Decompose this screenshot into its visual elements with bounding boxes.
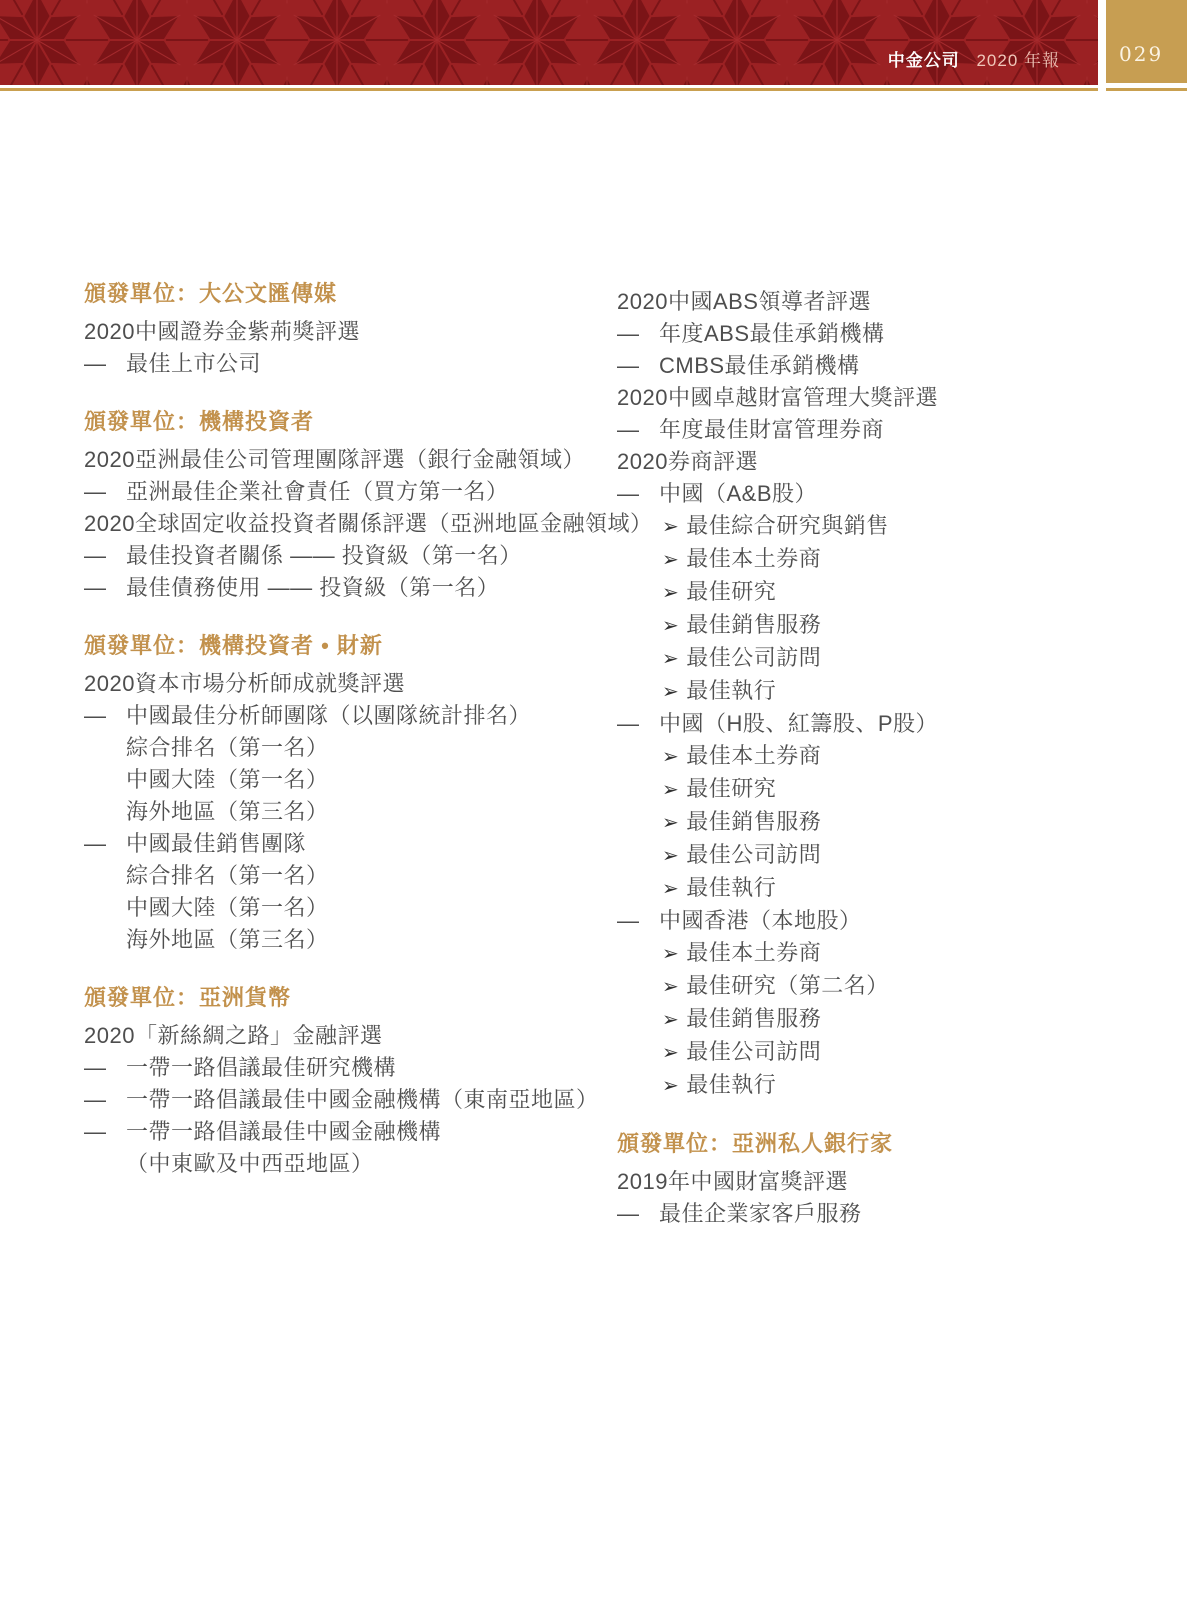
arrow-bullet-icon: ➢ bbox=[662, 615, 679, 637]
award-line-plain: 2020資本市場分析師成就獎評選 bbox=[84, 668, 564, 700]
award-line-arrow: ➢最佳銷售服務 bbox=[617, 806, 1137, 839]
dash-marker: — bbox=[617, 318, 659, 350]
left-column: 頒發單位：大公文匯傳媒2020中國證券金紫荊獎評選—最佳上市公司頒發單位：機構投… bbox=[84, 278, 564, 1180]
award-line-plain: 2020中國卓越財富管理大獎評選 bbox=[617, 382, 1137, 414]
arrow-bullet-icon: ➢ bbox=[662, 1009, 679, 1031]
award-line-arrow: ➢最佳研究 bbox=[617, 576, 1137, 609]
award-line-arrow: ➢最佳本土券商 bbox=[617, 740, 1137, 773]
award-line-sub: 海外地區（第三名） bbox=[84, 924, 564, 956]
award-line-arrow: ➢最佳研究（第二名） bbox=[617, 970, 1137, 1003]
award-line-dash: —年度ABS最佳承銷機構 bbox=[617, 318, 1137, 350]
gold-rule-right bbox=[1106, 88, 1187, 91]
award-text: 最佳本土券商 bbox=[686, 743, 821, 768]
asanoha-pattern-graphic bbox=[0, 0, 1098, 85]
award-line-arrow: ➢最佳公司訪問 bbox=[617, 839, 1137, 872]
dash-marker: — bbox=[617, 414, 659, 446]
award-line-arrow: ➢最佳公司訪問 bbox=[617, 1036, 1137, 1069]
award-line-sub: 綜合排名（第一名） bbox=[84, 732, 564, 764]
gold-rule-left bbox=[0, 88, 1098, 91]
award-text: 最佳研究（第二名） bbox=[686, 973, 889, 998]
arrow-bullet-icon: ➢ bbox=[662, 1042, 679, 1064]
dash-marker: — bbox=[617, 478, 659, 510]
dash-marker: — bbox=[617, 708, 659, 740]
award-line-dash: —一帶一路倡議最佳研究機構 bbox=[84, 1052, 564, 1084]
page-number-box: 029 bbox=[1106, 0, 1187, 83]
dash-marker: — bbox=[84, 348, 126, 380]
award-text: 最佳銷售服務 bbox=[686, 1006, 821, 1031]
arrow-bullet-icon: ➢ bbox=[662, 976, 679, 998]
award-line-dash: —最佳上市公司 bbox=[84, 348, 564, 380]
award-text: 一帶一路倡議最佳中國金融機構（東南亞地區） bbox=[126, 1084, 599, 1116]
award-section: 頒發單位：大公文匯傳媒2020中國證券金紫荊獎評選—最佳上市公司 bbox=[84, 278, 564, 380]
award-text: 最佳上市公司 bbox=[126, 348, 261, 380]
award-text: 一帶一路倡議最佳中國金融機構 bbox=[126, 1116, 441, 1148]
award-text: 最佳研究 bbox=[686, 776, 776, 801]
award-text: 最佳綜合研究與銷售 bbox=[686, 513, 889, 538]
award-line-arrow: ➢最佳銷售服務 bbox=[617, 1003, 1137, 1036]
award-text: 最佳執行 bbox=[686, 1072, 776, 1097]
dash-marker: — bbox=[84, 572, 126, 604]
award-text: 最佳本土券商 bbox=[686, 940, 821, 965]
award-line-dash: —中國最佳分析師團隊（以團隊統計排名） bbox=[84, 700, 564, 732]
award-line-sub: 中國大陸（第一名） bbox=[84, 764, 564, 796]
dash-marker: — bbox=[617, 350, 659, 382]
award-line-arrow: ➢最佳本土券商 bbox=[617, 543, 1137, 576]
award-line-dash: —最佳投資者關係 —— 投資級（第一名） bbox=[84, 540, 564, 572]
award-text: 最佳債務使用 —— 投資級（第一名） bbox=[126, 572, 499, 604]
arrow-bullet-icon: ➢ bbox=[662, 943, 679, 965]
award-text: 最佳公司訪問 bbox=[686, 1039, 821, 1064]
award-text: 最佳銷售服務 bbox=[686, 809, 821, 834]
award-text: 中國（H股、紅籌股、P股） bbox=[659, 708, 938, 740]
page-number: 029 bbox=[1119, 42, 1163, 66]
section-heading: 頒發單位：機構投資者 • 財新 bbox=[84, 630, 564, 662]
section-heading: 頒發單位：亞洲貨幣 bbox=[84, 982, 564, 1014]
arrow-bullet-icon: ➢ bbox=[662, 812, 679, 834]
award-text: CMBS最佳承銷機構 bbox=[659, 350, 860, 382]
dash-marker: — bbox=[84, 540, 126, 572]
arrow-bullet-icon: ➢ bbox=[662, 878, 679, 900]
award-line-arrow: ➢最佳本土券商 bbox=[617, 937, 1137, 970]
award-line-arrow: ➢最佳銷售服務 bbox=[617, 609, 1137, 642]
arrow-bullet-icon: ➢ bbox=[662, 681, 679, 703]
award-line-dash: —最佳債務使用 —— 投資級（第一名） bbox=[84, 572, 564, 604]
award-line-dash: —中國香港（本地股） bbox=[617, 905, 1137, 937]
dash-marker: — bbox=[84, 1052, 126, 1084]
award-text: 最佳公司訪問 bbox=[686, 645, 821, 670]
award-text: 中國最佳銷售團隊 bbox=[126, 828, 306, 860]
award-text: 最佳研究 bbox=[686, 579, 776, 604]
award-line-plain: 2020亞洲最佳公司管理團隊評選（銀行金融領域） bbox=[84, 444, 564, 476]
award-text: 最佳本土券商 bbox=[686, 546, 821, 571]
award-line-sub: （中東歐及中西亞地區） bbox=[84, 1148, 564, 1180]
section-heading: 頒發單位：大公文匯傳媒 bbox=[84, 278, 564, 310]
award-line-arrow: ➢最佳執行 bbox=[617, 675, 1137, 708]
award-line-arrow: ➢最佳研究 bbox=[617, 773, 1137, 806]
award-line-dash: —CMBS最佳承銷機構 bbox=[617, 350, 1137, 382]
band-text: 中金公司 2020 年報 bbox=[888, 51, 1060, 71]
dash-marker: — bbox=[84, 1116, 126, 1148]
award-section: 頒發單位：亞洲貨幣2020「新絲綢之路」金融評選—一帶一路倡議最佳研究機構—一帶… bbox=[84, 982, 564, 1180]
award-line-plain: 2020「新絲綢之路」金融評選 bbox=[84, 1020, 564, 1052]
award-line-sub: 中國大陸（第一名） bbox=[84, 892, 564, 924]
section-heading: 頒發單位：亞洲私人銀行家 bbox=[617, 1128, 1137, 1160]
award-section: 頒發單位：機構投資者 • 財新2020資本市場分析師成就獎評選—中國最佳分析師團… bbox=[84, 630, 564, 956]
award-line-dash: —年度最佳財富管理券商 bbox=[617, 414, 1137, 446]
dash-marker: — bbox=[84, 1084, 126, 1116]
award-line-dash: —中國（A&B股） bbox=[617, 478, 1137, 510]
company-name: 中金公司 bbox=[888, 51, 960, 70]
award-text: 年度ABS最佳承銷機構 bbox=[659, 318, 885, 350]
award-line-dash: —中國（H股、紅籌股、P股） bbox=[617, 708, 1137, 740]
award-text: 最佳執行 bbox=[686, 678, 776, 703]
right-column: 2020中國ABS領導者評選—年度ABS最佳承銷機構—CMBS最佳承銷機構202… bbox=[617, 278, 1137, 1230]
dash-marker: — bbox=[84, 700, 126, 732]
award-line-arrow: ➢最佳執行 bbox=[617, 872, 1137, 905]
award-line-dash: —一帶一路倡議最佳中國金融機構（東南亞地區） bbox=[84, 1084, 564, 1116]
arrow-bullet-icon: ➢ bbox=[662, 648, 679, 670]
arrow-bullet-icon: ➢ bbox=[662, 1075, 679, 1097]
award-line-arrow: ➢最佳執行 bbox=[617, 1069, 1137, 1102]
award-text: 中國（A&B股） bbox=[659, 478, 817, 510]
award-text: 最佳執行 bbox=[686, 875, 776, 900]
award-section: 2020中國ABS領導者評選—年度ABS最佳承銷機構—CMBS最佳承銷機構202… bbox=[617, 286, 1137, 1102]
award-text: 一帶一路倡議最佳研究機構 bbox=[126, 1052, 396, 1084]
award-line-arrow: ➢最佳綜合研究與銷售 bbox=[617, 510, 1137, 543]
award-text: 中國最佳分析師團隊（以團隊統計排名） bbox=[126, 700, 531, 732]
arrow-bullet-icon: ➢ bbox=[662, 845, 679, 867]
header-band: 中金公司 2020 年報 bbox=[0, 0, 1098, 85]
dash-marker: — bbox=[617, 905, 659, 937]
award-line-plain: 2020中國ABS領導者評選 bbox=[617, 286, 1137, 318]
award-section: 頒發單位：機構投資者2020亞洲最佳公司管理團隊評選（銀行金融領域）—亞洲最佳企… bbox=[84, 406, 564, 604]
arrow-bullet-icon: ➢ bbox=[662, 779, 679, 801]
award-line-sub: 綜合排名（第一名） bbox=[84, 860, 564, 892]
award-text: 中國香港（本地股） bbox=[659, 905, 862, 937]
award-line-dash: —最佳企業家客戶服務 bbox=[617, 1198, 1137, 1230]
arrow-bullet-icon: ➢ bbox=[662, 582, 679, 604]
award-line-dash: —亞洲最佳企業社會責任（買方第一名） bbox=[84, 476, 564, 508]
award-text: 最佳銷售服務 bbox=[686, 612, 821, 637]
award-line-plain: 2020全球固定收益投資者關係評選（亞洲地區金融領域） bbox=[84, 508, 564, 540]
arrow-bullet-icon: ➢ bbox=[662, 746, 679, 768]
award-text: 亞洲最佳企業社會責任（買方第一名） bbox=[126, 476, 509, 508]
section-heading: 頒發單位：機構投資者 bbox=[84, 406, 564, 438]
award-line-plain: 2020券商評選 bbox=[617, 446, 1137, 478]
award-text: 最佳投資者關係 —— 投資級（第一名） bbox=[126, 540, 522, 572]
award-text: 年度最佳財富管理券商 bbox=[659, 414, 884, 446]
award-line-arrow: ➢最佳公司訪問 bbox=[617, 642, 1137, 675]
award-line-plain: 2019年中國財富獎評選 bbox=[617, 1166, 1137, 1198]
dash-marker: — bbox=[84, 476, 126, 508]
report-year: 2020 年報 bbox=[976, 51, 1060, 70]
award-line-dash: —一帶一路倡議最佳中國金融機構 bbox=[84, 1116, 564, 1148]
dash-marker: — bbox=[84, 828, 126, 860]
dash-marker: — bbox=[617, 1198, 659, 1230]
award-text: 最佳公司訪問 bbox=[686, 842, 821, 867]
arrow-bullet-icon: ➢ bbox=[662, 549, 679, 571]
award-section: 頒發單位：亞洲私人銀行家2019年中國財富獎評選—最佳企業家客戶服務 bbox=[617, 1128, 1137, 1230]
award-line-sub: 海外地區（第三名） bbox=[84, 796, 564, 828]
arrow-bullet-icon: ➢ bbox=[662, 516, 679, 538]
award-line-dash: —中國最佳銷售團隊 bbox=[84, 828, 564, 860]
award-line-plain: 2020中國證券金紫荊獎評選 bbox=[84, 316, 564, 348]
award-text: 最佳企業家客戶服務 bbox=[659, 1198, 862, 1230]
